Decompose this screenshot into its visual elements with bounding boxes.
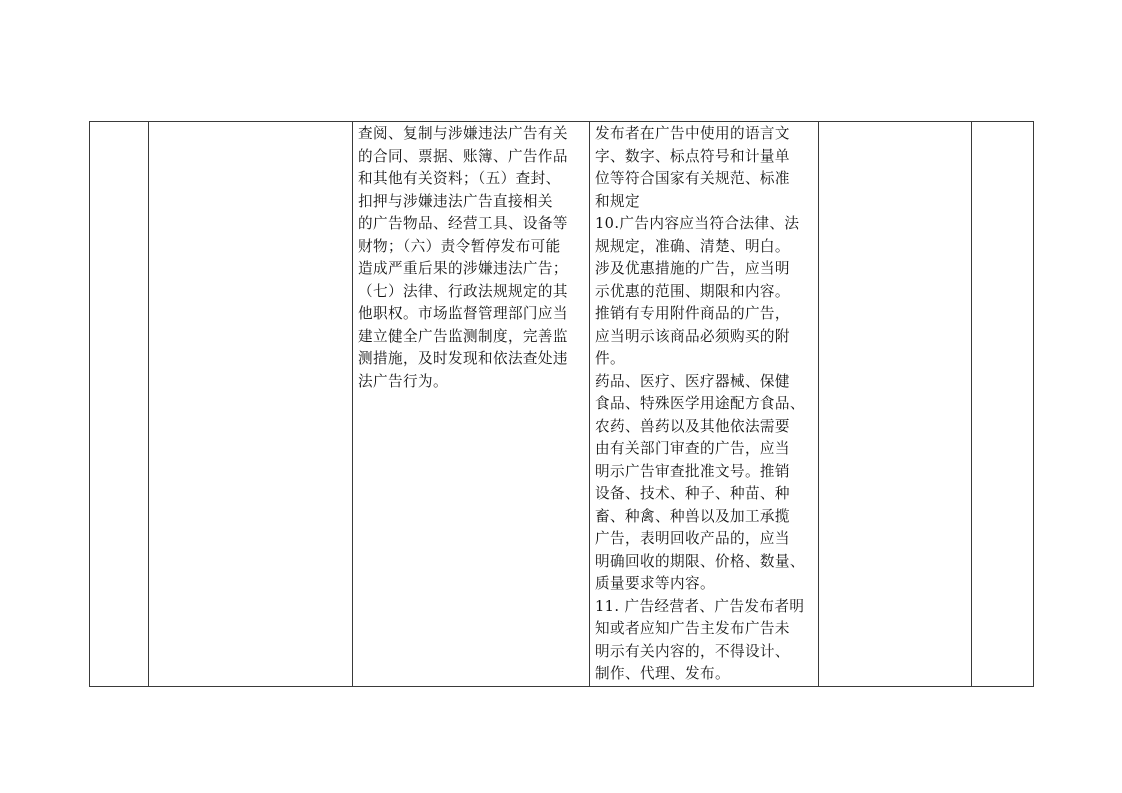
text-line: 造成严重后果的涉嫌违法广告； xyxy=(358,258,585,281)
text-line: 设备、技术、种子、种苗、种 xyxy=(595,483,814,506)
text-line: 食品、特殊医学用途配方食品、 xyxy=(595,393,814,416)
table-cell-col-4: 发布者在广告中使用的语言文 字、数字、标点符号和计量单 位等符合国家有关规范、标… xyxy=(590,122,819,687)
text-line: 示优惠的范围、期限和内容。 xyxy=(595,281,814,304)
text-line: 和规定 xyxy=(595,191,814,214)
text-line: 涉及优惠措施的广告，应当明 xyxy=(595,258,814,281)
table-row: 查阅、复制与涉嫌违法广告有关 的合同、票据、账簿、广告作品 和其他有关资料；（五… xyxy=(90,122,1034,687)
text-line: 的广告物品、经营工具、设备等 xyxy=(358,213,585,236)
text-line: 药品、医疗、医疗器械、保健 xyxy=(595,371,814,394)
text-line: 农药、兽药以及其他依法需要 xyxy=(595,416,814,439)
text-line: 扣押与涉嫌违法广告直接相关 xyxy=(358,191,585,214)
text-line: 质量要求等内容。 xyxy=(595,573,814,596)
text-line: （七）法律、行政法规规定的其 xyxy=(358,281,585,304)
text-line: 财物；（六）责令暂停发布可能 xyxy=(358,236,585,259)
text-line: 法广告行为。 xyxy=(358,371,585,394)
text-line: 件。 xyxy=(595,348,814,371)
text-line: 知或者应知广告主发布广告未 xyxy=(595,618,814,641)
enforcement-powers-text: 查阅、复制与涉嫌违法广告有关 的合同、票据、账簿、广告作品 和其他有关资料；（五… xyxy=(353,122,589,393)
text-line: 11. 广告经营者、广告发布者明 xyxy=(595,596,814,619)
table-cell-col-5 xyxy=(819,122,972,687)
text-line: 查阅、复制与涉嫌违法广告有关 xyxy=(358,123,585,146)
text-line: 测措施，及时发现和依法查处违 xyxy=(358,348,585,371)
table-cell-col-2 xyxy=(149,122,353,687)
text-line: 的合同、票据、账簿、广告作品 xyxy=(358,146,585,169)
text-line: 明示广告审查批准文号。推销 xyxy=(595,461,814,484)
text-line: 发布者在广告中使用的语言文 xyxy=(595,123,814,146)
text-line: 位等符合国家有关规范、标准 xyxy=(595,168,814,191)
text-line: 推销有专用附件商品的广告， xyxy=(595,303,814,326)
table-cell-col-3: 查阅、复制与涉嫌违法广告有关 的合同、票据、账簿、广告作品 和其他有关资料；（五… xyxy=(353,122,590,687)
regulation-table: 查阅、复制与涉嫌违法广告有关 的合同、票据、账簿、广告作品 和其他有关资料；（五… xyxy=(89,121,1034,687)
text-line: 制作、代理、发布。 xyxy=(595,663,814,686)
inspection-requirements-text: 发布者在广告中使用的语言文 字、数字、标点符号和计量单 位等符合国家有关规范、标… xyxy=(590,122,818,686)
text-line: 畜、种禽、种兽以及加工承揽 xyxy=(595,506,814,529)
text-line: 应当明示该商品必须购买的附 xyxy=(595,326,814,349)
text-line: 由有关部门审查的广告，应当 xyxy=(595,438,814,461)
text-line: 字、数字、标点符号和计量单 xyxy=(595,146,814,169)
text-line: 他职权。市场监督管理部门应当 xyxy=(358,303,585,326)
table-cell-col-6 xyxy=(972,122,1034,687)
text-line: 10.广告内容应当符合法律、法 xyxy=(595,213,814,236)
text-line: 规规定，准确、清楚、明白。 xyxy=(595,236,814,259)
text-line: 明确回收的期限、价格、数量、 xyxy=(595,551,814,574)
text-line: 和其他有关资料；（五）查封、 xyxy=(358,168,585,191)
text-line: 广告，表明回收产品的，应当 xyxy=(595,528,814,551)
text-line: 建立健全广告监测制度，完善监 xyxy=(358,326,585,349)
table-cell-col-1 xyxy=(90,122,149,687)
text-line: 明示有关内容的，不得设计、 xyxy=(595,641,814,664)
